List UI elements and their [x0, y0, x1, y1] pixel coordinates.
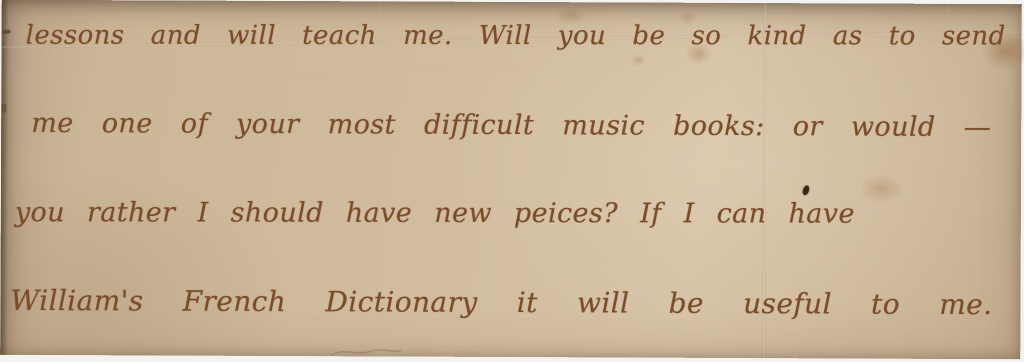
handwriting-line-3: you rather I should have new peices? If …: [1, 193, 1021, 235]
handwriting-line-4: William's French Dictionary it will be u…: [0, 281, 1020, 325]
pencil-squiggle: [330, 345, 402, 359]
photo-background: lessons and will teach me. Will you be s…: [0, 0, 1024, 362]
handwriting-line-2: me one of your most difficult music book…: [1, 104, 1021, 148]
letter-paper: lessons and will teach me. Will you be s…: [0, 0, 1022, 359]
handwriting-line-1: lessons and will teach me. Will you be s…: [2, 16, 1022, 57]
fold-crease-horizontal-faint: [251, 68, 541, 77]
